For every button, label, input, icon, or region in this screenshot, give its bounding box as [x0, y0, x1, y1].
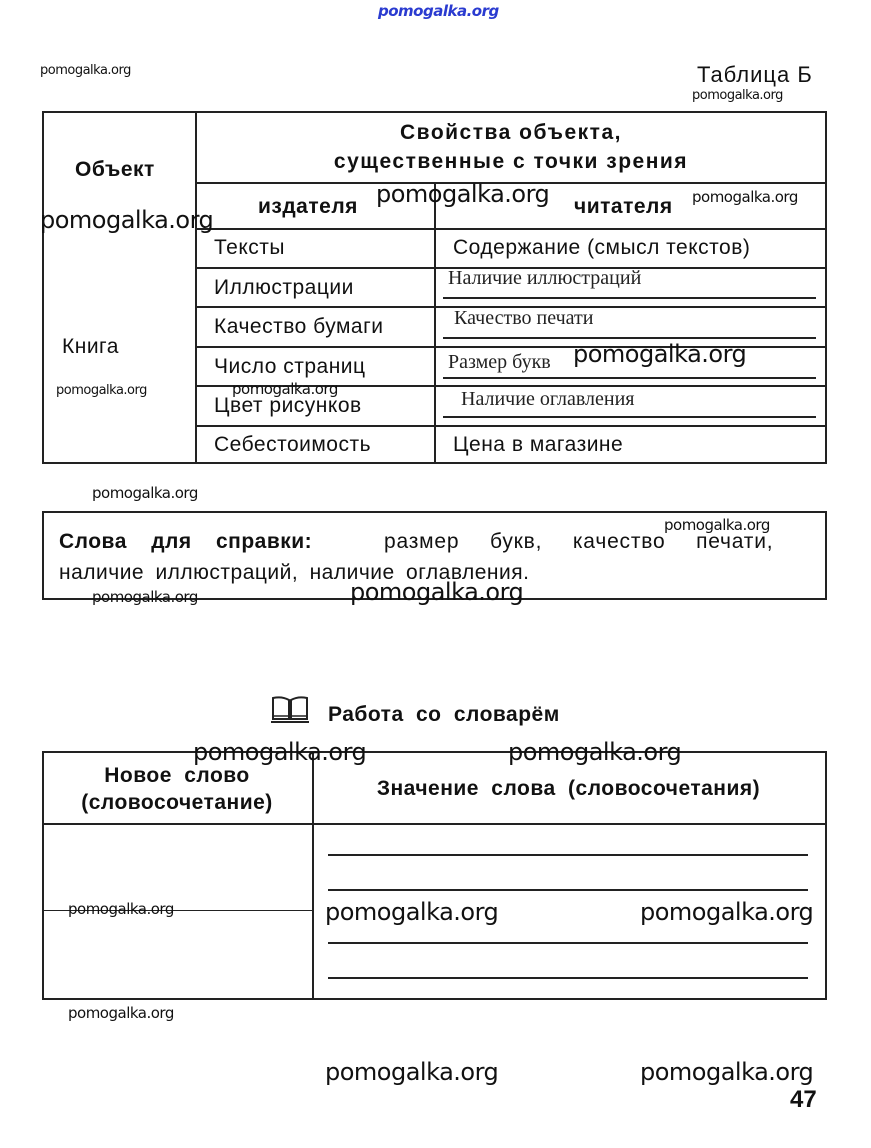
reader-cell: Цена в магазине: [453, 433, 623, 457]
watermark: pomogalka.org: [325, 1058, 498, 1086]
table-divider: [195, 228, 827, 230]
watermark: pomogalka.org: [692, 88, 783, 103]
page-number: 47: [790, 1086, 817, 1114]
box-border-top: [42, 511, 827, 513]
table-border-top: [42, 111, 827, 113]
reader-answer-field[interactable]: Наличие иллюстраций: [448, 267, 641, 290]
header-meaning: Значение слова (словосочетания): [312, 777, 825, 801]
table-border-right: [825, 751, 827, 1000]
watermark: pomogalka.org: [40, 63, 131, 78]
publisher-cell: Качество бумаги: [214, 315, 383, 339]
box-border-right: [825, 511, 827, 600]
publisher-cell: Иллюстрации: [214, 276, 354, 300]
meaning-answer-line[interactable]: [328, 854, 808, 856]
reference-words-label: Слова для справки:: [59, 530, 312, 554]
publisher-cell: Число страниц: [214, 355, 366, 379]
reader-answer-field[interactable]: Наличие оглавления: [461, 388, 635, 411]
table-divider: [434, 182, 436, 464]
new-word-field[interactable]: [44, 825, 312, 910]
answer-underline: [443, 337, 816, 339]
answer-underline: [443, 297, 816, 299]
watermark: pomogalka.org: [40, 206, 213, 234]
meaning-answer-line[interactable]: [328, 977, 808, 979]
header-new-word-line2: (словосочетание): [42, 791, 312, 815]
watermark: pomogalka.org: [56, 383, 147, 398]
table-border-top: [42, 751, 827, 753]
watermark: pomogalka.org: [664, 516, 770, 534]
publisher-cell: Себестоимость: [214, 433, 371, 457]
header-properties-line2: существенные с точки зрения: [195, 150, 827, 174]
watermark: pomogalka.org: [92, 484, 198, 502]
header-publisher: издателя: [258, 195, 358, 219]
open-book-icon: [270, 694, 310, 729]
dictionary-title: Работа со словарём: [328, 703, 560, 727]
watermark: pomogalka.org: [640, 1058, 813, 1086]
watermark: pomogalka.org: [508, 738, 681, 766]
table-caption: Таблица Б: [697, 62, 813, 88]
watermark: pomogalka.org: [692, 188, 798, 206]
answer-underline: [443, 377, 816, 379]
table-border-left: [42, 111, 44, 464]
reader-answer-field[interactable]: Размер букв: [448, 351, 551, 374]
watermark-top: pomogalka.org: [378, 2, 499, 20]
header-object: Объект: [75, 158, 155, 182]
meaning-answer-line[interactable]: [328, 889, 808, 891]
table-border-bottom: [42, 998, 827, 1000]
reader-answer-field[interactable]: Качество печати: [454, 307, 593, 330]
watermark: pomogalka.org: [68, 1004, 174, 1022]
watermark: pomogalka.org: [573, 340, 746, 368]
object-name: Книга: [62, 335, 119, 359]
header-properties-line1: Свойства объекта,: [195, 121, 827, 145]
watermark: pomogalka.org: [232, 380, 338, 398]
watermark: pomogalka.org: [350, 578, 523, 606]
watermark: pomogalka.org: [640, 898, 813, 926]
watermark: pomogalka.org: [92, 588, 198, 606]
watermark: pomogalka.org: [325, 898, 498, 926]
table-divider: [195, 425, 827, 427]
watermark: pomogalka.org: [68, 900, 174, 918]
reader-cell: Содержание (смысл текстов): [453, 236, 750, 260]
answer-underline: [443, 416, 816, 418]
publisher-cell: Тексты: [214, 236, 285, 260]
watermark: pomogalka.org: [193, 738, 366, 766]
header-reader: читателя: [574, 195, 673, 219]
header-new-word-line1: Новое слово: [42, 764, 312, 788]
new-word-field[interactable]: [44, 911, 312, 998]
watermark: pomogalka.org: [376, 180, 549, 208]
box-border-left: [42, 511, 44, 600]
meaning-answer-line[interactable]: [328, 942, 808, 944]
